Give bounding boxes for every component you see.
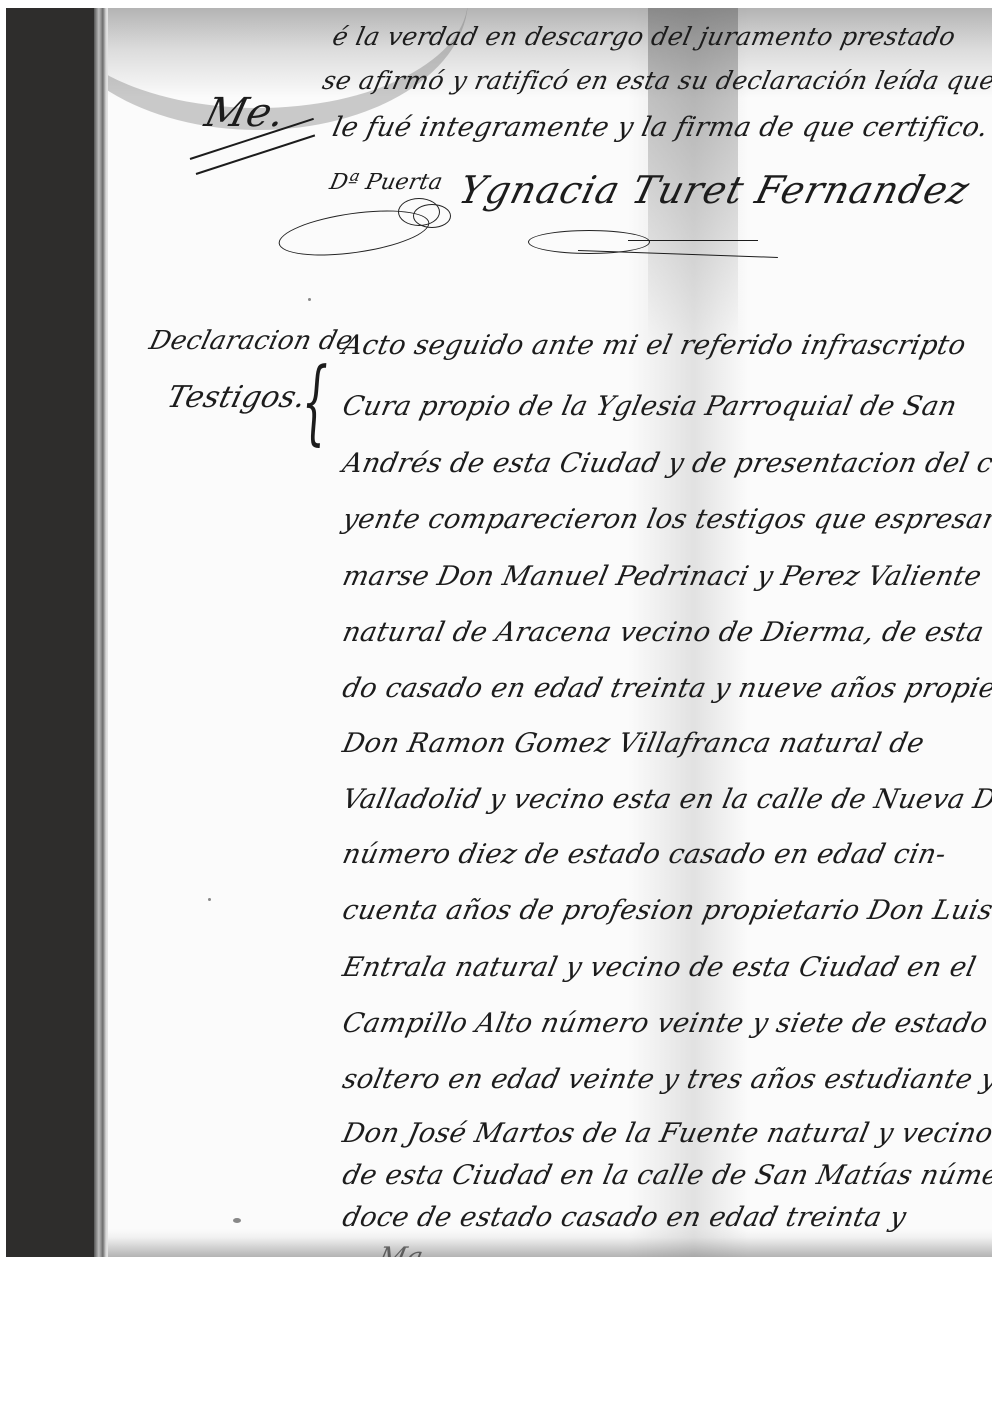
text-line: yente comparecieron los testigos que esp… xyxy=(340,504,992,535)
signature-underline xyxy=(628,240,758,241)
margin-heading: Testigos. xyxy=(164,380,310,415)
rubric-underline xyxy=(196,134,316,175)
text-line: Don Ramon Gomez Villafranca natural de xyxy=(340,728,927,759)
signature-prefix: Dª Puerta xyxy=(327,170,445,195)
scan-speck xyxy=(208,898,211,901)
scan-speck xyxy=(308,298,311,301)
book-binding-shadow xyxy=(6,8,98,1257)
text-line-cut-off: ... Ma... ... ... xyxy=(340,1242,524,1257)
text-line: soltero en edad veinte y tres años estud… xyxy=(340,1064,992,1095)
text-line: Entrala natural y vecino de esta Ciudad … xyxy=(340,952,979,983)
text-line: marse Don Manuel Pedrinaci y Perez Valie… xyxy=(340,561,985,592)
scan-shadow-bottom xyxy=(108,1229,992,1257)
scan-speck xyxy=(233,1218,241,1223)
scan-speck xyxy=(968,133,971,136)
text-line: se afirmó y ratificó en esta su declarac… xyxy=(320,66,992,95)
text-line: Cura propio de la Yglesia Parroquial de … xyxy=(340,391,960,422)
text-line: Campillo Alto número veinte y siete de e… xyxy=(340,1008,991,1039)
text-line: Valladolid y vecino esta en la calle de … xyxy=(340,784,992,815)
text-line: do casado en edad treinta y nueve años p… xyxy=(340,673,992,704)
text-line: de esta Ciudad en la calle de San Matías… xyxy=(340,1160,992,1191)
brace-mark: { xyxy=(298,348,333,455)
signature: Ygnacia Turet Fernandez xyxy=(455,168,975,212)
document-scan: é la verdad en descargo del juramento pr… xyxy=(0,0,992,1403)
text-line: cuenta años de profesion propietario Don… xyxy=(340,895,992,926)
manuscript-page: é la verdad en descargo del juramento pr… xyxy=(108,8,992,1257)
text-line: Acto seguido ante mi el referido infrasc… xyxy=(340,330,969,361)
signature-flourish xyxy=(413,204,451,228)
text-line: doce de estado casado en edad treinta y xyxy=(340,1202,909,1233)
text-line: Don José Martos de la Fuente natural y v… xyxy=(340,1118,992,1149)
text-line: é la verdad en descargo del juramento pr… xyxy=(330,22,958,51)
text-line: le fué integramente y la firma de que ce… xyxy=(330,112,991,143)
text-line: Andrés de esta Ciudad y de presentacion … xyxy=(340,448,992,479)
text-line: natural de Aracena vecino de Dierma, de … xyxy=(340,617,987,648)
text-line: número diez de estado casado en edad cin… xyxy=(340,839,949,870)
